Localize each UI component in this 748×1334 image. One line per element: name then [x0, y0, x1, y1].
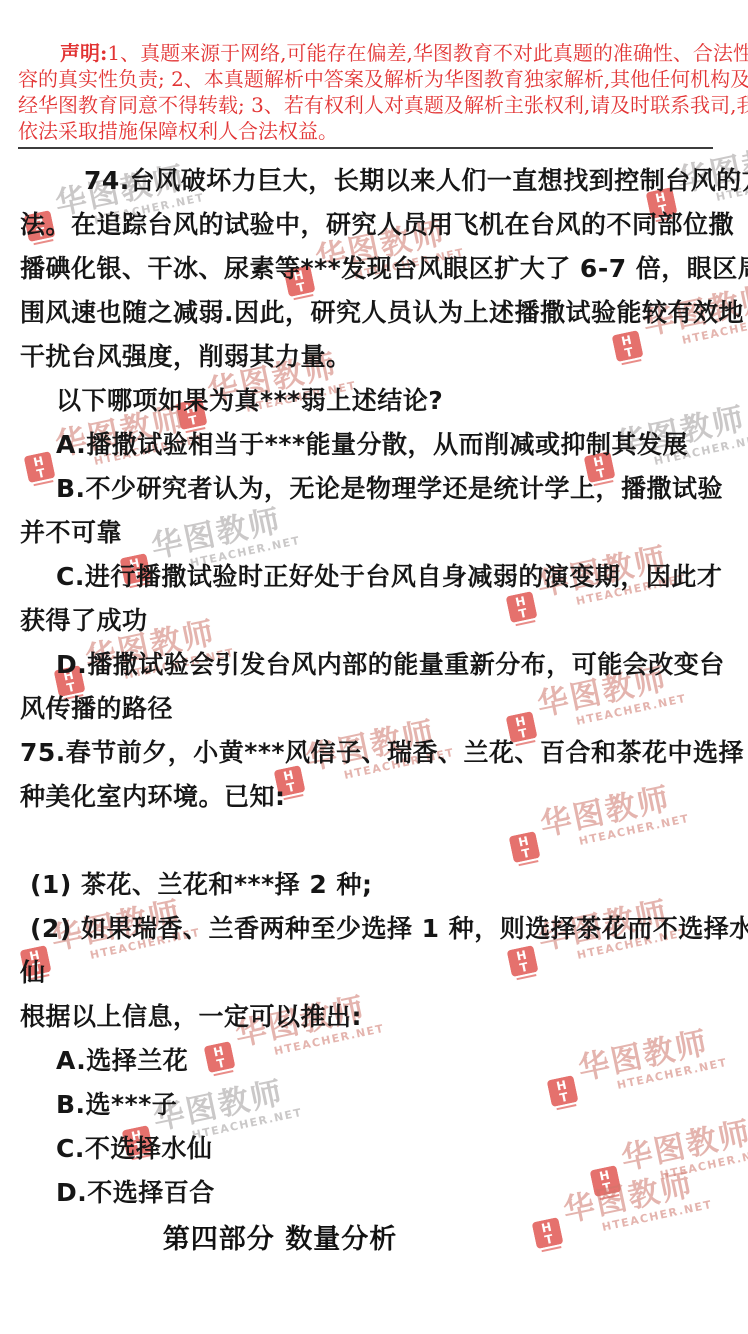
text-line: (2) 如果瑞香、兰香两种至少选择 1 种，则选择茶花而不选择水	[20, 907, 748, 951]
text-line: B.不少研究者认为，无论是物理学还是统计学上，播撒试验	[20, 467, 748, 511]
text-line: (1) 茶花、兰花和***择 2 种;	[20, 863, 748, 907]
text-line: 获得了成功	[20, 599, 748, 643]
disclaimer-line: 依法采取措施保障权利人合法权益。	[0, 118, 748, 144]
text-line: 75.春节前夕，小黄***风信子、瑞香、兰花、百合和茶花中选择 4	[20, 731, 748, 775]
text-line: 干扰台风强度，削弱其力量。	[20, 335, 748, 379]
question-text-block: 74.台风破坏力巨大，长期以来人们一直想找到控制台风的方法。在追踪台风的试验中，…	[0, 149, 748, 1215]
text-line: 法。在追踪台风的试验中，研究人员用飞机在台风的不同部位撒	[20, 203, 748, 247]
disclaimer-line: 容的真实性负责; 2、本真题解析中答案及解析为华图教育独家解析,其他任何机构及个…	[0, 66, 748, 92]
text-line: 围风速也随之减弱.因此，研究人员认为上述播撒试验能较有效地	[20, 291, 748, 335]
text-line: A.播撒试验相当于***能量分散，从而削减或抑制其发展	[20, 423, 748, 467]
text-line: 74.台风破坏力巨大，长期以来人们一直想找到控制台风的方	[20, 159, 748, 203]
text-line	[20, 819, 748, 863]
disclaimer-line: 经华图教育同意不得转载; 3、若有权利人对真题及解析主张权利,请及时联系我司,我…	[0, 92, 748, 118]
disclaimer-paragraph: 声明:1、真题来源于网络,可能存在偏差,华图教育不对此真题的准确性、合法性以及内…	[0, 0, 748, 144]
text-line: 播碘化银、干冰、尿素等***发现台风眼区扩大了 6-7 倍，眼区周	[20, 247, 748, 291]
document-page: H T 华图教师 HTEACHER.NET H T 华图教师	[0, 0, 748, 1334]
section-title: 第四部分 数量分析	[0, 1217, 560, 1256]
disclaimer-line: 声明:1、真题来源于网络,可能存在偏差,华图教育不对此真题的准确性、合法性以及内	[0, 40, 748, 66]
text-line: D.不选择百合	[20, 1171, 748, 1215]
text-line: D.播撒试验会引发台风内部的能量重新分布，可能会改变台	[20, 643, 748, 687]
text-line: A.选择兰花	[20, 1039, 748, 1083]
text-line: 并不可靠	[20, 511, 748, 555]
text-line: C.进行播撒试验时正好处于台风自身减弱的演变期，因此才	[20, 555, 748, 599]
text-line: C.不选择水仙	[20, 1127, 748, 1171]
document-content: 声明:1、真题来源于网络,可能存在偏差,华图教育不对此真题的准确性、合法性以及内…	[0, 0, 748, 1256]
text-line: 种美化室内环境。已知:	[20, 775, 748, 819]
text-line: 根据以上信息，一定可以推出:	[20, 995, 748, 1039]
text-line: 仙	[20, 951, 748, 995]
text-line: 以下哪项如果为真***弱上述结论?	[20, 379, 748, 423]
text-line: 风传播的路径	[20, 687, 748, 731]
text-line: B.选***子	[20, 1083, 748, 1127]
disclaimer-label: 声明:	[60, 41, 107, 65]
